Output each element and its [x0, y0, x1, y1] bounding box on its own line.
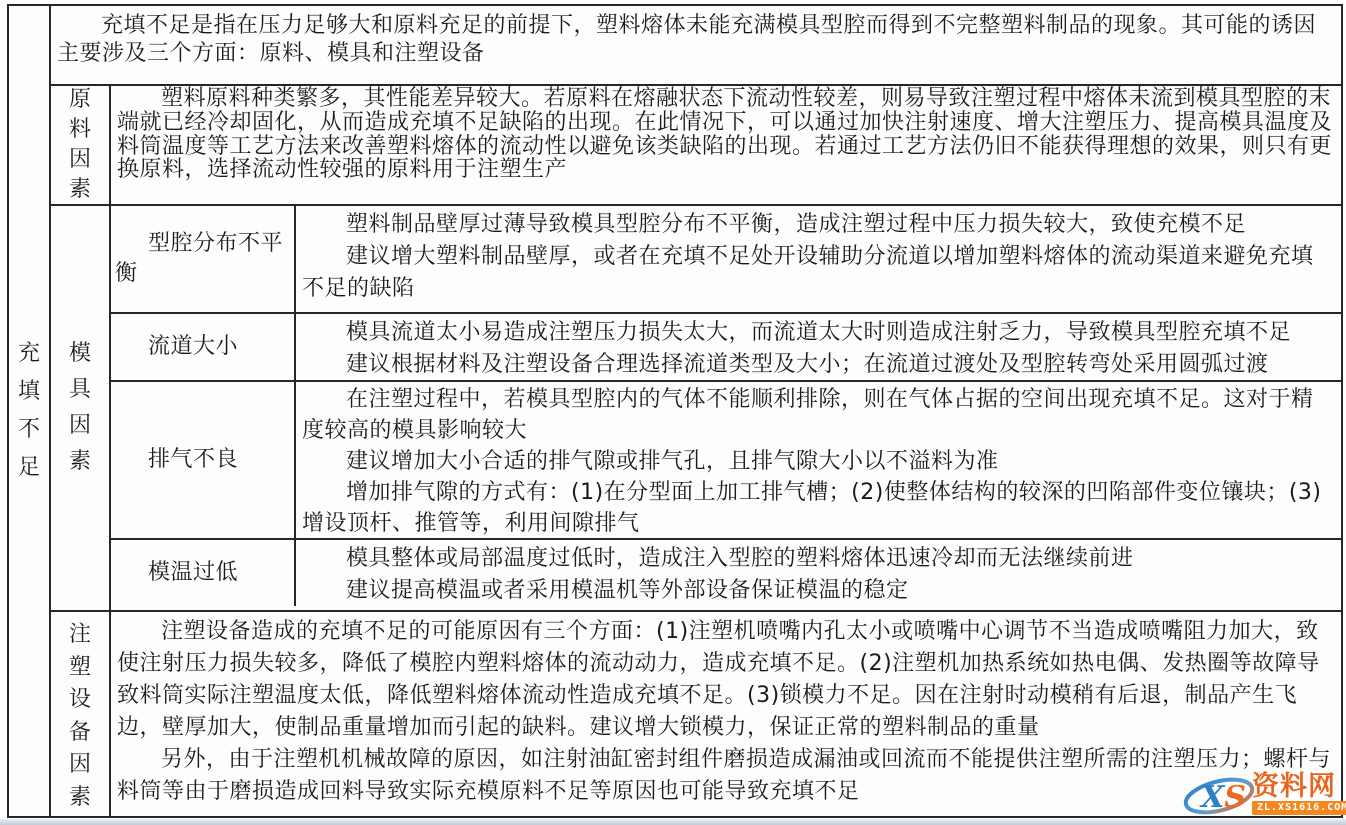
- factor-char: 因: [69, 145, 91, 175]
- paragraph: 模具流道太小易造成注塑压力损失太大，而流道太大时则造成注射乏力，导致模具型腔充填…: [302, 317, 1335, 349]
- document-page: 充 填 不 足 充填不足是指在压力足够大和原料充足的前提下，塑料熔体未能充满模具…: [0, 0, 1346, 825]
- subrow-low-mold-temp: 模温过低 模具整体或局部温度过低时，造成注入型腔的塑料熔体迅速冷却而无法继续前进…: [111, 538, 1341, 606]
- factor-char: 料: [69, 115, 91, 145]
- venting-content-cell: 在注塑过程中，若模具型腔内的气体不能顺利排除，则在气体占据的空间出现充填不足。这…: [296, 382, 1341, 538]
- equipment-row: 注 塑 设 备 因 素 注塑设备造成的充填不足的可能原因有三个方面：(1)注塑机…: [51, 610, 1341, 816]
- svg-text:XS: XS: [1199, 780, 1246, 815]
- mold-temp-content-cell: 模具整体或局部温度过低时，造成注入型腔的塑料熔体迅速冷却而无法继续前进 建议提高…: [296, 540, 1341, 606]
- equipment-content-cell: 注塑设备造成的充填不足的可能原因有三个方面：(1)注塑机喷嘴内孔太小或喷嘴中心调…: [111, 612, 1341, 816]
- subrow-runner-size: 流道大小 模具流道太小易造成注塑压力损失太大，而流道太大时则造成注射乏力，导致模…: [111, 312, 1341, 380]
- paragraph: 注塑设备造成的充填不足的可能原因有三个方面：(1)注塑机喷嘴内孔太小或喷嘴中心调…: [117, 616, 1335, 744]
- factor-char: 备: [69, 715, 91, 746]
- intro-text: 充填不足是指在压力足够大和原料充足的前提下，塑料熔体未能充满模具型腔而得到不完整…: [57, 12, 1335, 68]
- defect-name-char: 足: [18, 449, 40, 487]
- sub-label-low-mold-temp: 模温过低: [111, 540, 296, 606]
- equipment-factor-label: 注 塑 设 备 因 素: [51, 612, 111, 816]
- intro-row: 充填不足是指在压力足够大和原料充足的前提下，塑料熔体未能充满模具型腔而得到不完整…: [51, 6, 1341, 84]
- material-paragraph: 塑料原料种类繁多，其性能差异较大。若原料在熔融状态下流动性较差，则易导致注塑过程…: [117, 87, 1335, 182]
- subrow-cavity-distribution: 型腔分布不平衡 塑料制品壁厚过薄导致模具型腔分布不平衡，造成注塑过程中压力损失较…: [111, 206, 1341, 312]
- mold-factor-label: 模 具 因 素: [51, 206, 111, 610]
- mold-row: 模 具 因 素 型腔分布不平衡 塑料制品壁厚过薄导致模具型腔分布不平衡，造成注塑…: [51, 204, 1341, 610]
- sub-label-text: 排气不良: [111, 445, 294, 475]
- sub-label-text: 型腔分布不平衡: [111, 229, 294, 289]
- factor-char: 素: [69, 780, 91, 811]
- factor-char: 原: [69, 85, 91, 115]
- defect-name-char: 充: [18, 335, 40, 373]
- paragraph: 建议提高模温或者采用模温机等外部设备保证模温的稳定: [302, 575, 1335, 606]
- material-factor-label: 原 料 因 素: [51, 86, 111, 204]
- defect-name-char: 填: [18, 373, 40, 411]
- runner-content-cell: 模具流道太小易造成注塑压力损失太大，而流道太大时则造成注射乏力，导致模具型腔充填…: [296, 314, 1341, 380]
- watermark-logo-icon: XS: [1180, 770, 1258, 818]
- watermark-site-name: 资料网: [1252, 773, 1336, 801]
- paragraph: 建议增加大小合适的排气隙或排气孔，且排气隙大小以不溢料为准: [302, 446, 1335, 477]
- watermark-site-url: ZL.XS1616.COM: [1252, 801, 1346, 815]
- watermark-letter-s: S: [1224, 780, 1246, 815]
- watermark-text: 资料网 ZL.XS1616.COM: [1252, 773, 1346, 815]
- watermark-letter-x: X: [1199, 780, 1226, 815]
- subrow-poor-venting: 排气不良 在注塑过程中，若模具型腔内的气体不能顺利排除，则在气体占据的空间出现充…: [111, 380, 1341, 538]
- paragraph: 另外，由于注塑机机械故障的原因，如注射油缸密封组件磨损造成漏油或回流而不能提供注…: [117, 744, 1335, 808]
- defect-name-char: 不: [18, 411, 40, 449]
- defect-name-cell: 充 填 不 足: [9, 6, 51, 816]
- paragraph: 建议增大塑料制品壁厚，或者在充填不足处开设辅助分流道以增加塑料熔体的流动渠道来避…: [302, 241, 1335, 305]
- factor-char: 注: [69, 617, 91, 648]
- factor-char: 素: [69, 444, 91, 480]
- factor-char: 塑: [69, 650, 91, 681]
- intro-cell: 充填不足是指在压力足够大和原料充足的前提下，塑料熔体未能充满模具型腔而得到不完整…: [51, 6, 1341, 84]
- factor-char: 具: [69, 372, 91, 408]
- paragraph: 在注塑过程中，若模具型腔内的气体不能顺利排除，则在气体占据的空间出现充填不足。这…: [302, 384, 1335, 446]
- paragraph: 塑料制品壁厚过薄导致模具型腔分布不平衡，造成注塑过程中压力损失较大，致使充模不足: [302, 209, 1335, 241]
- factor-char: 因: [69, 747, 91, 778]
- factor-char: 模: [69, 336, 91, 372]
- factor-char: 素: [69, 175, 91, 205]
- defect-table: 充 填 不 足 充填不足是指在压力足够大和原料充足的前提下，塑料熔体未能充满模具…: [7, 4, 1343, 818]
- cavity-content-cell: 塑料制品壁厚过薄导致模具型腔分布不平衡，造成注塑过程中压力损失较大，致使充模不足…: [296, 206, 1341, 312]
- paragraph: 模具整体或局部温度过低时，造成注入型腔的塑料熔体迅速冷却而无法继续前进: [302, 543, 1335, 575]
- material-row: 原 料 因 素 塑料原料种类繁多，其性能差异较大。若原料在熔融状态下流动性较差，…: [51, 84, 1341, 204]
- sub-label-poor-venting: 排气不良: [111, 382, 296, 538]
- paragraph: 建议根据材料及注塑设备合理选择流道类型及大小；在流道过渡处及型腔转弯处采用圆弧过…: [302, 349, 1335, 380]
- table-main: 充填不足是指在压力足够大和原料充足的前提下，塑料熔体未能充满模具型腔而得到不完整…: [51, 6, 1341, 816]
- factor-char: 因: [69, 408, 91, 444]
- sub-label-runner-size: 流道大小: [111, 314, 296, 380]
- sub-label-text: 模温过低: [111, 558, 294, 588]
- sub-label-cavity-distribution: 型腔分布不平衡: [111, 206, 296, 312]
- factor-char: 设: [69, 682, 91, 713]
- sub-label-text: 流道大小: [111, 332, 294, 362]
- watermark: XS 资料网 ZL.XS1616.COM: [1180, 770, 1344, 818]
- material-content-cell: 塑料原料种类繁多，其性能差异较大。若原料在熔融状态下流动性较差，则易导致注塑过程…: [111, 86, 1341, 204]
- paragraph: 增加排气隙的方式有：(1)在分型面上加工排气槽；(2)使整体结构的较深的凹陷部件…: [302, 477, 1335, 538]
- mold-subrows: 型腔分布不平衡 塑料制品壁厚过薄导致模具型腔分布不平衡，造成注塑过程中压力损失较…: [111, 206, 1341, 610]
- window-bottom-strip: [0, 819, 1346, 825]
